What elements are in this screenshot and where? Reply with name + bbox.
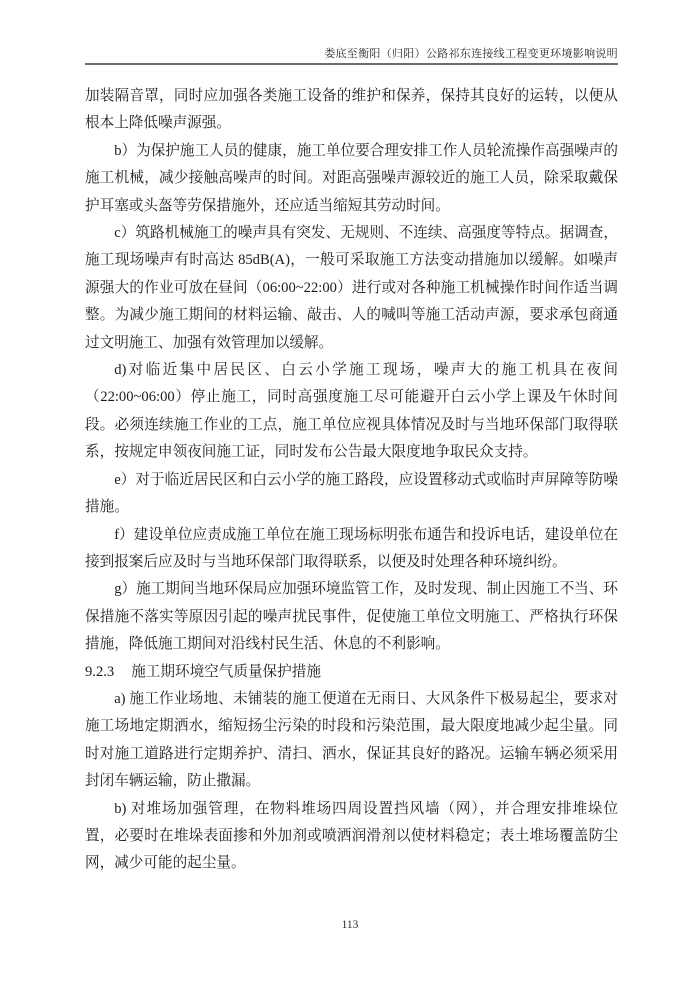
page-number: 113	[342, 919, 359, 931]
paragraph-item-c-noise: c）筑路机械施工的噪声具有突发、无规则、不连续、高强度等特点。据调查，施工现场噪…	[85, 220, 618, 357]
section-heading: 9.2.3施工期环境空气质量保护措施	[85, 659, 618, 686]
section-title: 施工期环境空气质量保护措施	[131, 664, 321, 680]
paragraph-item-a-air: a) 施工作业场地、未铺装的施工便道在无雨日、大风条件下极易起尘，要求对施工场地…	[85, 686, 618, 796]
page-footer: 113	[0, 918, 700, 932]
paragraph-item-b-air: b) 对堆场加强管理，在物料堆场四周设置挡风墙（网），并合理安排堆垛位置，必要时…	[85, 796, 618, 878]
paragraph-item-d-noise: d)对临近集中居民区、白云小学施工现场，噪声大的施工机具在夜间（22:00~06…	[85, 357, 618, 467]
paragraph-item-b-noise: b）为保护施工人员的健康，施工单位要合理安排工作人员轮流操作高强噪声的施工机械，…	[85, 138, 618, 220]
header-rule	[85, 63, 618, 65]
paragraph-item-g-noise: g）施工期间当地环保局应加强环境监管工作，及时发现、制止因施工不当、环保措施不落…	[85, 576, 618, 658]
document-body: 加装隔音罩，同时应加强各类施工设备的维护和保养，保持其良好的运转，以便从根本上降…	[85, 83, 618, 878]
section-number: 9.2.3	[85, 659, 114, 686]
header-title: 娄底至衡阳（归阳）公路祁东连接线工程变更环境影响说明	[85, 47, 618, 61]
paragraph-continuation: 加装隔音罩，同时应加强各类施工设备的维护和保养，保持其良好的运转，以便从根本上降…	[85, 83, 618, 138]
document-page: 娄底至衡阳（归阳）公路祁东连接线工程变更环境影响说明 加装隔音罩，同时应加强各类…	[0, 0, 700, 990]
paragraph-item-f-noise: f）建设单位应责成施工单位在施工现场标明张布通告和投诉电话，建设单位在接到报案后…	[85, 522, 618, 577]
paragraph-item-e-noise: e）对于临近居民区和白云小学的施工路段，应设置移动式或临时声屏障等防噪措施。	[85, 467, 618, 522]
